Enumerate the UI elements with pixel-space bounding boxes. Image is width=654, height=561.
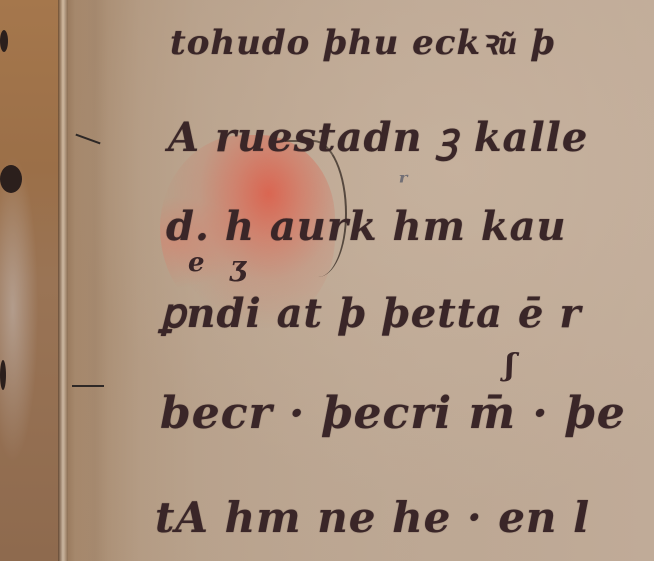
interlinear-mark: ʃ [505,348,515,383]
binding-thread [72,385,104,387]
manuscript-line-5: becr · þecri m̄ · þe [160,388,626,439]
fold-shadow [68,0,108,561]
manuscript-photo: tohudo þhu eckꝛu͂ þ A ruestadn ꝫ kalle d… [0,0,654,561]
page-fold [58,0,68,561]
interlinear-mark: e [188,248,205,278]
manuscript-line-4: ꝑndi at þ þetta ē r [160,290,581,337]
interlinear-mark: ʒ [230,250,246,283]
ink-blot [0,360,6,390]
manuscript-line-6: tA hm ne he · en l [155,493,590,542]
manuscript-line-3: d. h aurk hm kau [166,203,567,250]
ink-blot [0,165,22,193]
binding-gutter [0,0,64,561]
interlinear-mark: ʳ [398,168,409,198]
ink-blot [0,30,8,52]
manuscript-line-1: tohudo þhu eckꝛu͂ þ [170,18,556,64]
manuscript-line-2: A ruestadn ꝫ kalle [168,108,588,163]
